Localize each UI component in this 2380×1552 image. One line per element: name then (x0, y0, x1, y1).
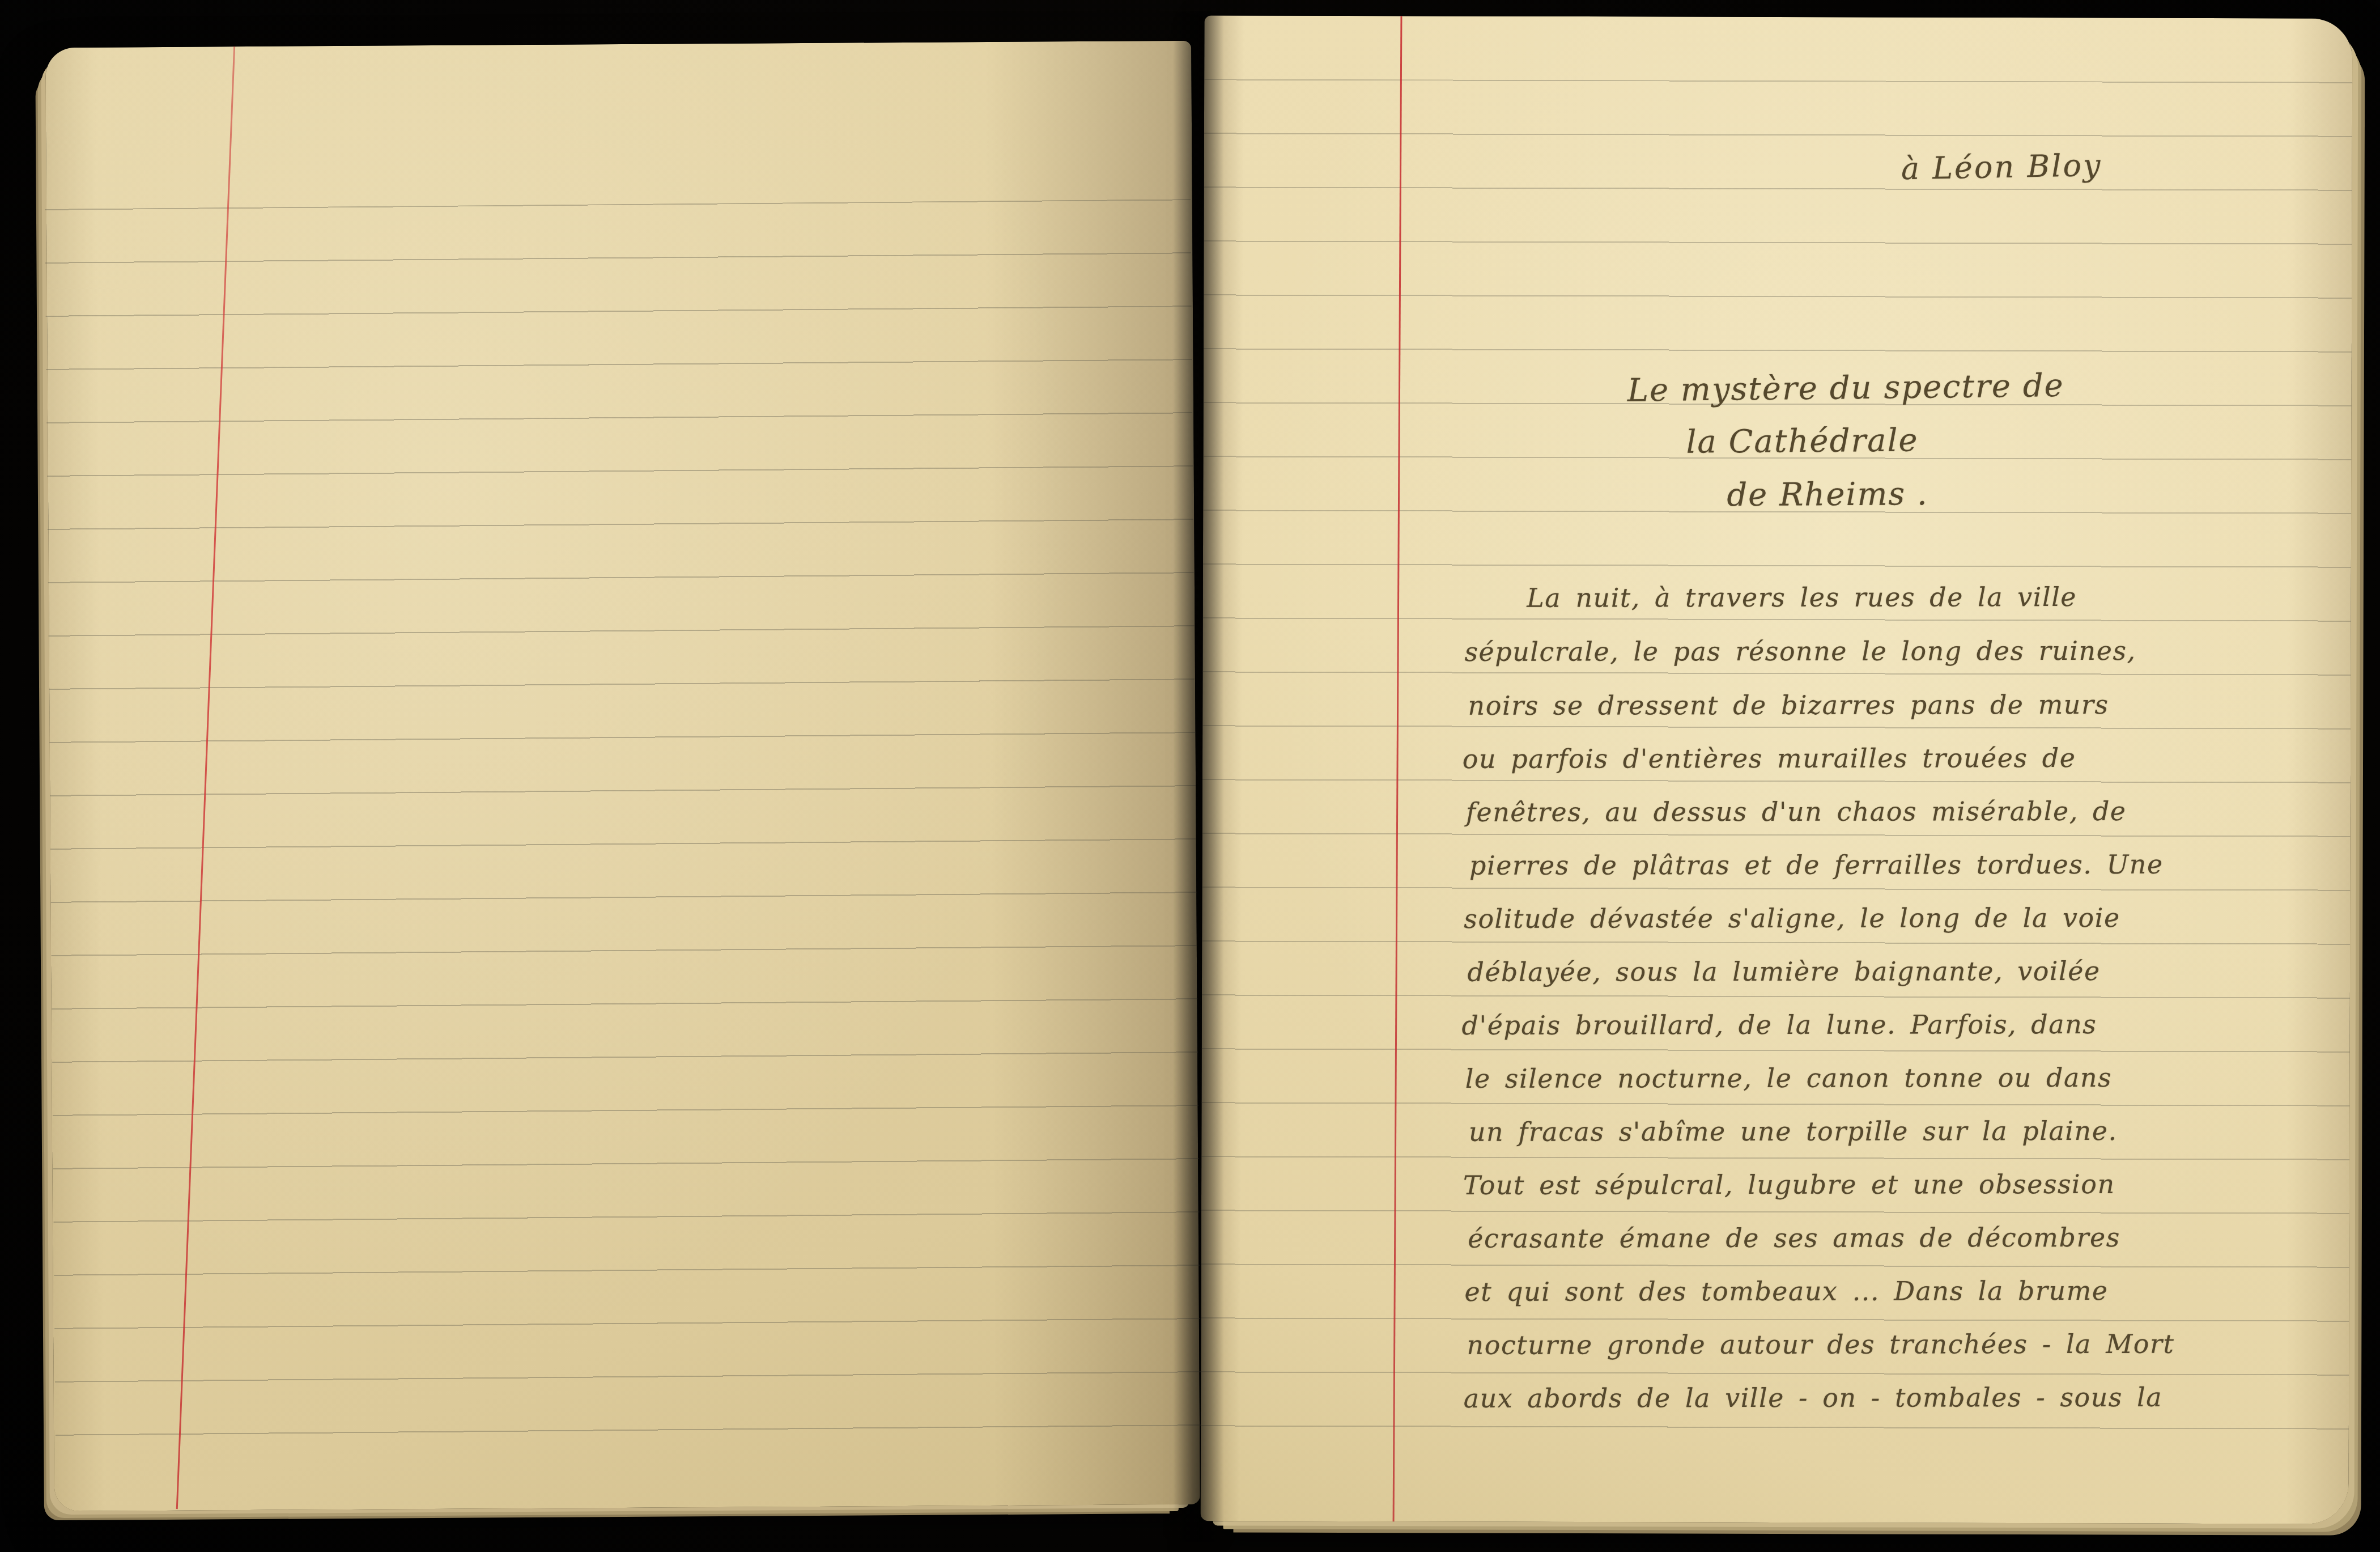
title-line: la Cathédrale (1686, 422, 1919, 461)
manuscript-line: ou parfois d'entières murailles trouées … (1463, 743, 2076, 774)
manuscript-line: écrasante émane de ses amas de décombres (1468, 1222, 2120, 1254)
manuscript-line: et qui sont des tombeaux ... Dans la bru… (1464, 1275, 2108, 1307)
left-page-content (45, 41, 1191, 48)
dedication: à Léon Bloy (1901, 147, 2102, 186)
notebook-scan: à Léon Bloy Le mystère du spectre de la … (0, 0, 2380, 1552)
right-page: à Léon Bloy Le mystère du spectre de la … (1201, 15, 2353, 1524)
manuscript-line: pierres de plâtras et de ferrailles tord… (1469, 849, 2164, 881)
body-text: La nuit, à travers les rues de la ville … (1462, 16, 2330, 18)
title-line: de Rheims . (1727, 476, 1928, 514)
ruled-lines-left (45, 199, 1201, 1462)
manuscript-line: déblayée, sous la lumière baignante, voi… (1467, 956, 2100, 987)
manuscript-line: La nuit, à travers les rues de la ville (1527, 582, 2077, 613)
red-margin-line-left (176, 46, 235, 1509)
title-line: Le mystère du spectre de (1627, 367, 2064, 409)
manuscript-line: le silence nocturne, le canon tonne ou d… (1465, 1062, 2113, 1094)
manuscript-line: aux abords de la ville - on - tombales -… (1464, 1382, 2163, 1414)
manuscript-line: sépulcrale, le pas résonne le long des r… (1464, 635, 2136, 667)
manuscript-line: fenêtres, au dessus d'un chaos misérable… (1466, 796, 2127, 828)
manuscript-line: nocturne gronde autour des tranchées - l… (1467, 1329, 2175, 1360)
title-block: Le mystère du spectre de la Cathédrale d… (1204, 15, 2352, 18)
manuscript-line: Tout est sépulcral, lugubre et une obses… (1463, 1169, 2115, 1201)
manuscript-line: noirs se dressent de bizarres pans de mu… (1468, 689, 2109, 721)
red-margin-line-right (1393, 16, 1402, 1521)
manuscript-line: solitude dévastée s'aligne, le long de l… (1464, 902, 2120, 934)
left-page (45, 41, 1200, 1511)
manuscript-line: d'épais brouillard, de la lune. Parfois,… (1462, 1009, 2097, 1041)
manuscript-line: un fracas s'abîme une torpille sur la pl… (1469, 1116, 2118, 1147)
